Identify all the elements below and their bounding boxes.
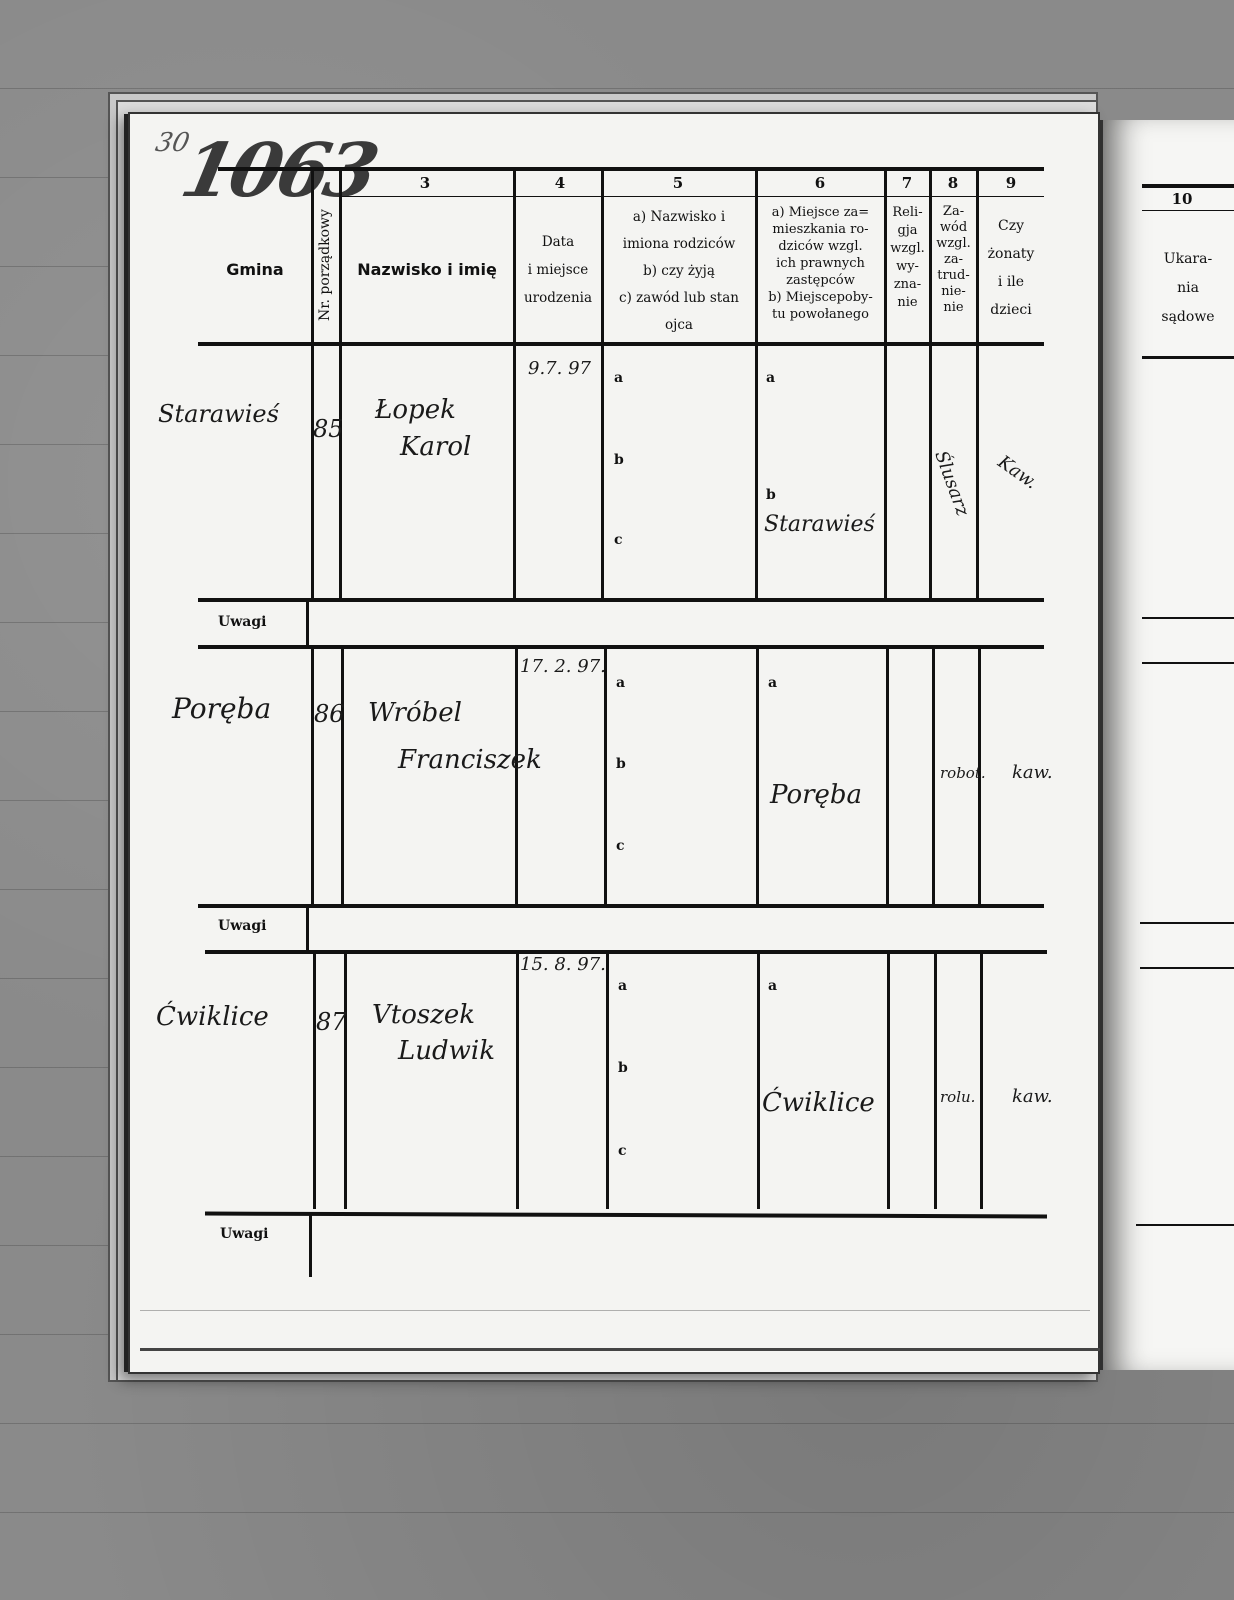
header-line: ich prawnych bbox=[757, 255, 884, 272]
header-rodzice: a) Nazwisko i imiona rodziców b) czy żyj… bbox=[604, 204, 754, 339]
col-divider bbox=[757, 953, 760, 1209]
row-divider bbox=[198, 645, 1044, 649]
header-line: trud- bbox=[931, 268, 976, 284]
right-header-top-rule bbox=[1142, 184, 1234, 188]
col-divider bbox=[932, 648, 935, 906]
header-line: wód bbox=[931, 220, 976, 236]
right-row-rule bbox=[1142, 617, 1234, 619]
entry-birth-date: 15. 8. 97. bbox=[520, 954, 606, 975]
sub-label-a: a bbox=[614, 370, 623, 386]
header-line: Data bbox=[516, 232, 600, 252]
register-number: 301063 bbox=[141, 128, 382, 214]
remarks-label: Uwagi bbox=[218, 614, 266, 630]
header-data-urodzenia: Data i miejsce urodzenia bbox=[516, 232, 600, 308]
remarks-divider bbox=[306, 600, 309, 646]
col-divider bbox=[341, 648, 344, 906]
header-religia: Reli- gja wzgl. wy- zna- nie bbox=[886, 204, 929, 312]
header-nazwisko-imie: Nazwisko i imię bbox=[342, 260, 512, 280]
header-line: nie- bbox=[931, 284, 976, 300]
faint-rule bbox=[140, 1310, 1090, 1311]
header-line: Ukara- bbox=[1142, 245, 1234, 274]
entry-gmina: Ćwiklice bbox=[156, 1002, 269, 1032]
header-line: c) zawód lub stan bbox=[604, 285, 754, 312]
header-line: za- bbox=[931, 252, 976, 268]
column-number: 9 bbox=[996, 174, 1026, 192]
entry-occupation: robot. bbox=[940, 764, 986, 782]
header-gmina: Gmina bbox=[200, 260, 310, 280]
colnum-rule bbox=[340, 196, 1044, 197]
sub-label-a: a bbox=[616, 675, 625, 691]
header-line: b) czy żyją bbox=[604, 258, 754, 285]
remarks-label: Uwagi bbox=[220, 1226, 268, 1242]
header-zonaty: Czy żonaty i ile dzieci bbox=[978, 212, 1044, 324]
col-divider bbox=[886, 648, 889, 906]
header-line: ojca bbox=[604, 312, 754, 339]
sub-label-c: c bbox=[618, 1143, 627, 1159]
col-divider bbox=[606, 953, 609, 1209]
header-line: zastępców bbox=[757, 272, 884, 289]
header-line: Reli- bbox=[886, 204, 929, 222]
header-line: Za- bbox=[931, 204, 976, 220]
header-line: a) Nazwisko i bbox=[604, 204, 754, 231]
row-divider bbox=[198, 904, 1044, 908]
right-row-rule bbox=[1136, 1224, 1234, 1226]
entry-given-name: Karol bbox=[400, 432, 471, 462]
entry-surname: Łopek bbox=[375, 395, 456, 425]
col-divider bbox=[516, 953, 519, 1209]
sub-label-b: b bbox=[618, 1060, 628, 1076]
col-divider bbox=[604, 648, 607, 906]
header-nr-porzadkowy: Nr. porządkowy bbox=[315, 200, 335, 330]
remarks-label: Uwagi bbox=[218, 918, 266, 934]
col-divider bbox=[756, 648, 759, 906]
header-line: nie bbox=[886, 294, 929, 312]
header-ukarania: Ukara- nia sądowe bbox=[1142, 245, 1234, 332]
header-line: b) Miejscepoby- bbox=[757, 289, 884, 306]
header-line: i miejsce bbox=[516, 260, 600, 280]
column-number: 8 bbox=[938, 174, 968, 192]
remarks-divider bbox=[306, 906, 309, 952]
header-line: sądowe bbox=[1142, 303, 1234, 332]
entry-nr: 86 bbox=[314, 700, 345, 728]
header-line: i ile bbox=[978, 268, 1044, 296]
header-line: żonaty bbox=[978, 240, 1044, 268]
entry-gmina: Poręba bbox=[172, 692, 271, 725]
entry-residence-b: Ćwiklice bbox=[762, 1088, 875, 1118]
remarks-divider bbox=[309, 1215, 312, 1277]
header-line: dzieci bbox=[978, 296, 1044, 324]
header-line: mieszkania ro- bbox=[757, 221, 884, 238]
sub-label-b: b bbox=[616, 756, 626, 772]
entry-given-name: Ludwik bbox=[398, 1036, 495, 1066]
entry-occupation: rolu. bbox=[940, 1088, 975, 1106]
entry-surname: Vtoszek bbox=[372, 1000, 475, 1030]
entry-married: kaw. bbox=[1012, 762, 1053, 783]
right-row-rule bbox=[1140, 967, 1234, 969]
row-divider bbox=[205, 950, 1047, 954]
col-divider bbox=[311, 648, 314, 906]
right-row-rule bbox=[1142, 662, 1234, 664]
sub-label-a: a bbox=[618, 978, 627, 994]
sub-label-b: b bbox=[766, 487, 776, 503]
header-zawod: Za- wód wzgl. za- trud- nie- nie bbox=[931, 204, 976, 316]
header-line: tu powołanego bbox=[757, 306, 884, 323]
register-number-value: 1063 bbox=[174, 128, 382, 214]
col-divider bbox=[344, 953, 347, 1209]
header-line: nia bbox=[1142, 274, 1234, 303]
col-divider bbox=[313, 953, 316, 1209]
header-line: zna- bbox=[886, 276, 929, 294]
page-bottom-edge bbox=[140, 1348, 1100, 1351]
col-divider bbox=[339, 170, 342, 600]
column-number: 5 bbox=[663, 174, 693, 192]
col-divider bbox=[934, 953, 937, 1209]
col-divider bbox=[515, 648, 518, 906]
entry-residence-b: Poręba bbox=[770, 780, 862, 810]
col-divider bbox=[980, 953, 983, 1209]
col-divider bbox=[887, 953, 890, 1209]
sub-label-a: a bbox=[768, 978, 777, 994]
header-line: Czy bbox=[978, 212, 1044, 240]
sub-label-a: a bbox=[768, 675, 777, 691]
entry-birth-date: 17. 2. 97. bbox=[520, 656, 606, 677]
entry-nr: 85 bbox=[313, 415, 344, 443]
header-line: gja bbox=[886, 222, 929, 240]
col-divider bbox=[311, 170, 314, 600]
right-row-rule bbox=[1140, 922, 1234, 924]
entry-residence-b: Starawieś bbox=[764, 512, 875, 537]
entry-married: kaw. bbox=[1012, 1086, 1053, 1107]
entry-given-name: Franciszek bbox=[398, 745, 542, 775]
entry-nr: 87 bbox=[316, 1008, 347, 1036]
header-line: dziców wzgl. bbox=[757, 238, 884, 255]
right-colnum-rule bbox=[1142, 210, 1234, 211]
column-number: 3 bbox=[410, 174, 440, 192]
header-line: imiona rodziców bbox=[604, 231, 754, 258]
entry-gmina: Starawieś bbox=[158, 400, 279, 428]
header-miejsce-zamieszkania: a) Miejsce za= mieszkania ro- dziców wzg… bbox=[757, 204, 884, 323]
header-bottom-rule bbox=[198, 342, 1044, 346]
column-number: 4 bbox=[545, 174, 575, 192]
header-line: a) Miejsce za= bbox=[757, 204, 884, 221]
header-line: wzgl. bbox=[886, 240, 929, 258]
sub-label-c: c bbox=[614, 532, 623, 548]
column-number: 7 bbox=[892, 174, 922, 192]
sub-label-b: b bbox=[614, 452, 624, 468]
column-number: 6 bbox=[805, 174, 835, 192]
header-line: wzgl. bbox=[931, 236, 976, 252]
column-number: 10 bbox=[1160, 190, 1204, 208]
header-line: nie bbox=[931, 300, 976, 316]
sub-label-a: a bbox=[766, 370, 775, 386]
entry-birth-date: 9.7. 97 bbox=[528, 358, 598, 379]
header-line: urodzenia bbox=[516, 288, 600, 308]
header-line: wy- bbox=[886, 258, 929, 276]
entry-surname: Wróbel bbox=[368, 698, 462, 728]
right-row-rule bbox=[1142, 356, 1234, 359]
row-divider bbox=[198, 598, 1044, 602]
sub-label-c: c bbox=[616, 838, 625, 854]
